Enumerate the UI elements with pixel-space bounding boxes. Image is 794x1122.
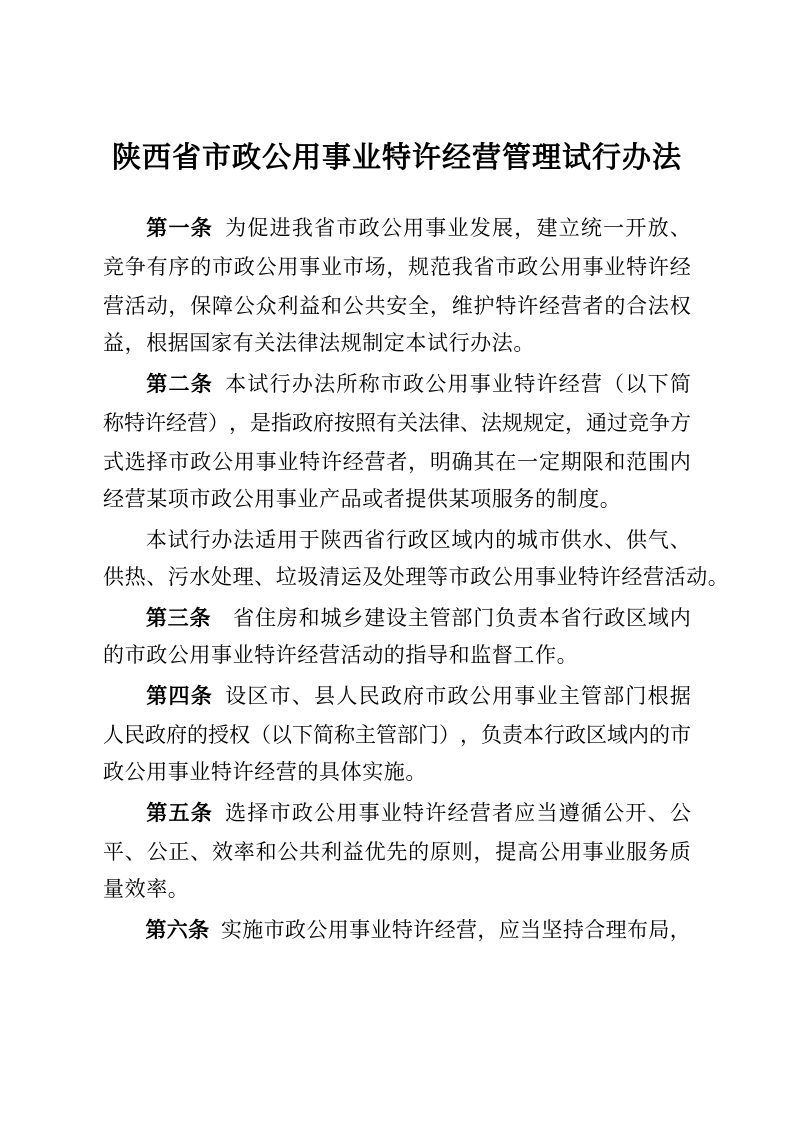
line-text: 经 bbox=[343, 446, 364, 476]
line-text: 循 bbox=[581, 797, 602, 827]
line-text: 者 bbox=[583, 290, 604, 320]
article-number: 五 bbox=[168, 797, 189, 827]
line-text: 内 bbox=[670, 602, 691, 632]
line-text: 管 bbox=[430, 602, 451, 632]
article-number: 条 bbox=[191, 680, 212, 710]
line-text: 的 bbox=[604, 290, 625, 320]
line-text: 规 bbox=[408, 251, 429, 281]
line-text: 公 bbox=[256, 251, 277, 281]
line-text: 序 bbox=[168, 251, 189, 281]
line-text: 率 bbox=[234, 836, 255, 866]
line-text: 一 bbox=[517, 446, 538, 476]
line-text: 者 bbox=[492, 797, 513, 827]
line-text: 利 bbox=[321, 836, 342, 866]
line-text: 政 bbox=[408, 524, 429, 554]
line-text: 许 bbox=[517, 290, 538, 320]
line-text: 市 bbox=[168, 446, 189, 476]
line-text: 营 bbox=[187, 407, 208, 437]
line-text: 量效率。 bbox=[103, 877, 189, 901]
line-text: 水 bbox=[582, 524, 603, 554]
line-text: 门 bbox=[418, 719, 439, 749]
paragraph: 第二条本试行办法所称市政公用事业特许经营（以下简称特许经营），是指政府按照有关法… bbox=[103, 363, 691, 519]
line-text: 公 bbox=[212, 446, 233, 476]
line-text: 特 bbox=[403, 797, 424, 827]
line-text: 经 bbox=[435, 914, 456, 944]
line-text: 乡 bbox=[342, 602, 363, 632]
line-text: 业 bbox=[604, 251, 625, 281]
line-text: 内 bbox=[473, 524, 494, 554]
line-text: ， bbox=[408, 446, 429, 476]
line-text: 用 bbox=[336, 797, 357, 827]
line-text: 和 bbox=[299, 602, 320, 632]
line-text: 理 bbox=[606, 914, 627, 944]
paragraph-line: 量效率。 bbox=[103, 870, 691, 909]
line-text: 开 bbox=[625, 212, 646, 242]
line-text: 房 bbox=[277, 602, 298, 632]
line-text: 合 bbox=[626, 290, 647, 320]
line-text: 为 bbox=[225, 212, 246, 242]
paragraph-line: 第三条省住房和城乡建设主管部门负责本省行政区域内 bbox=[103, 597, 691, 636]
paragraph-line: 第四条设区市、县人民政府市政公用事业主管部门根据 bbox=[103, 675, 691, 714]
line-text: 法 bbox=[481, 407, 502, 437]
line-text: 效 bbox=[212, 836, 233, 866]
line-text: 、 bbox=[670, 524, 691, 554]
line-text: 公 bbox=[147, 836, 168, 866]
line-text: 门 bbox=[625, 680, 646, 710]
line-text: 授 bbox=[208, 719, 229, 749]
article-number: 第 bbox=[145, 914, 166, 944]
line-text: 根 bbox=[648, 680, 669, 710]
line-text: 在 bbox=[495, 446, 516, 476]
paragraph-line: 政公用事业特许经营的具体实施。 bbox=[103, 753, 691, 792]
line-text: 省 bbox=[561, 602, 582, 632]
line-text: 业 bbox=[381, 797, 402, 827]
line-text: 部 bbox=[397, 719, 418, 749]
line-text: 公 bbox=[470, 680, 491, 710]
line-text: 维 bbox=[452, 290, 473, 320]
line-text: 其 bbox=[474, 446, 495, 476]
line-text: 营 bbox=[103, 290, 124, 320]
line-text: 指 bbox=[271, 407, 292, 437]
line-text: 公 bbox=[343, 290, 364, 320]
line-text: 政 bbox=[234, 251, 255, 281]
line-text: 本 bbox=[523, 719, 544, 749]
line-text: 人 bbox=[103, 719, 124, 749]
line-text: 、 bbox=[648, 797, 669, 827]
line-text: 的 bbox=[408, 836, 429, 866]
line-text: 经 bbox=[559, 368, 580, 398]
line-text: 公 bbox=[539, 251, 560, 281]
line-text: 的 bbox=[187, 719, 208, 749]
line-text: 当 bbox=[520, 914, 541, 944]
line-text: 的市政公用事业特许经营活动的指导和监督工作。 bbox=[103, 643, 578, 667]
line-text: 区 bbox=[586, 719, 607, 749]
line-text: 进 bbox=[270, 212, 291, 242]
line-text: 用 bbox=[277, 251, 298, 281]
line-text: 负 bbox=[481, 719, 502, 749]
line-text: 称 bbox=[334, 719, 355, 749]
line-text: 持 bbox=[563, 914, 584, 944]
line-text: 护 bbox=[474, 290, 495, 320]
line-text: 责 bbox=[502, 719, 523, 749]
line-text: 以 bbox=[271, 719, 292, 749]
line-text: 是 bbox=[250, 407, 271, 437]
line-text: 限 bbox=[583, 446, 604, 476]
article-number: 第 bbox=[146, 368, 167, 398]
line-text: 供 bbox=[626, 524, 647, 554]
line-text: 共 bbox=[299, 836, 320, 866]
line-text: 主 bbox=[355, 719, 376, 749]
line-text: 、 bbox=[190, 836, 211, 866]
line-text: 范 bbox=[430, 251, 451, 281]
line-text: 业 bbox=[321, 251, 342, 281]
line-text: 许 bbox=[413, 914, 434, 944]
line-text: 选 bbox=[225, 797, 246, 827]
line-text: 营 bbox=[365, 446, 386, 476]
line-text: 下 bbox=[648, 368, 669, 398]
line-text: 权 bbox=[670, 290, 691, 320]
line-text: 竞 bbox=[628, 407, 649, 437]
line-text: 管 bbox=[581, 680, 602, 710]
line-text: ， bbox=[477, 914, 498, 944]
line-text: 定 bbox=[539, 446, 560, 476]
line-text: 许 bbox=[425, 797, 446, 827]
line-text: 省 bbox=[314, 212, 335, 242]
paragraph-line: 式选择市政公用事业特许经营者，明确其在一定期限和范围内 bbox=[103, 441, 691, 480]
paragraph-line: 的市政公用事业特许经营活动的指导和监督工作。 bbox=[103, 636, 691, 675]
line-text: 区 bbox=[247, 680, 268, 710]
line-text: 公 bbox=[425, 368, 446, 398]
line-text: 用 bbox=[277, 524, 298, 554]
line-text: 用 bbox=[492, 680, 513, 710]
line-text: 业 bbox=[277, 446, 298, 476]
paragraph-line: 第二条本试行办法所称市政公用事业特许经营（以下简 bbox=[103, 363, 691, 402]
line-text: 省 bbox=[364, 524, 385, 554]
line-text: 确 bbox=[452, 446, 473, 476]
paragraph-line: 经营某项市政公用事业产品或者提供某项服务的制度。 bbox=[103, 480, 691, 519]
line-text: 市 bbox=[270, 797, 291, 827]
line-text: 于 bbox=[299, 524, 320, 554]
line-text: ， bbox=[670, 914, 691, 944]
line-text: 有 bbox=[147, 251, 168, 281]
line-text: ， bbox=[565, 407, 586, 437]
line-text: 争 bbox=[649, 407, 670, 437]
line-text: 则 bbox=[452, 836, 473, 866]
paragraph-line: 人民政府的授权（以下简称主管部门），负责本行政区域内的市 bbox=[103, 714, 691, 753]
line-text: 共 bbox=[365, 290, 386, 320]
line-text: （ bbox=[250, 719, 271, 749]
line-text: 业 bbox=[536, 680, 557, 710]
line-text: 本 bbox=[225, 368, 246, 398]
line-text: 市 bbox=[495, 251, 516, 281]
article-number: 六 bbox=[167, 914, 188, 944]
line-text: 立 bbox=[559, 212, 580, 242]
line-text: 城 bbox=[320, 602, 341, 632]
line-text: 益 bbox=[343, 836, 364, 866]
document-title: 陕西省市政公用事业特许经营管理试行办法 bbox=[0, 138, 794, 178]
line-text: 行 bbox=[582, 602, 603, 632]
line-text: 公 bbox=[234, 290, 255, 320]
line-text: 事 bbox=[583, 836, 604, 866]
line-text: 服 bbox=[626, 836, 647, 866]
line-text: 特 bbox=[495, 290, 516, 320]
line-text: 部 bbox=[603, 680, 624, 710]
line-text: 政 bbox=[292, 407, 313, 437]
line-text: 安 bbox=[386, 290, 407, 320]
line-text: 益，根据国家有关法律法规制定本试行办法。 bbox=[103, 331, 535, 355]
line-text: 公 bbox=[539, 836, 560, 866]
line-text: 照 bbox=[355, 407, 376, 437]
line-text: 称 bbox=[103, 407, 124, 437]
paragraph-line: 平、公正、效率和公共利益优先的原则，提高公用事业服务质 bbox=[103, 831, 691, 870]
line-text: 政 bbox=[448, 680, 469, 710]
line-text: 区 bbox=[626, 602, 647, 632]
line-text: 期 bbox=[561, 446, 582, 476]
line-text: 内 bbox=[670, 446, 691, 476]
line-text: 政 bbox=[381, 680, 402, 710]
line-text: 事 bbox=[425, 212, 446, 242]
line-text: ， bbox=[430, 290, 451, 320]
line-text: 当 bbox=[536, 797, 557, 827]
line-text: 统 bbox=[581, 212, 602, 242]
line-text: 市 bbox=[270, 680, 291, 710]
line-text: 内 bbox=[628, 719, 649, 749]
line-text: 、 bbox=[292, 680, 313, 710]
line-text: 政 bbox=[292, 797, 313, 827]
line-text: 建 bbox=[536, 212, 557, 242]
line-text: 坚 bbox=[542, 914, 563, 944]
paragraph: 第六条实施市政公用事业特许经营，应当坚持合理布局， bbox=[103, 909, 691, 948]
line-text: 部 bbox=[451, 602, 472, 632]
line-text: 陕 bbox=[320, 524, 341, 554]
line-text: 用 bbox=[561, 251, 582, 281]
paragraph-line: 竞争有序的市政公用事业市场，规范我省市政公用事业特许经 bbox=[103, 246, 691, 285]
line-text: 气 bbox=[648, 524, 669, 554]
line-text: 许 bbox=[536, 368, 557, 398]
line-text: 建 bbox=[364, 602, 385, 632]
line-text: 法 bbox=[314, 368, 335, 398]
line-text: 市 bbox=[381, 368, 402, 398]
line-text: 按 bbox=[334, 407, 355, 437]
article-number: 三 bbox=[168, 602, 189, 632]
paragraph-line: 第一条为促进我省市政公用事业发展，建立统一开放、 bbox=[103, 207, 691, 246]
line-text: 特 bbox=[626, 251, 647, 281]
line-text: 展 bbox=[492, 212, 513, 242]
line-text: 择 bbox=[147, 446, 168, 476]
line-text: 事 bbox=[514, 680, 535, 710]
line-text: 事 bbox=[470, 368, 491, 398]
line-text: 特 bbox=[514, 368, 535, 398]
line-text: 高 bbox=[517, 836, 538, 866]
line-text: 和 bbox=[256, 836, 277, 866]
line-text: 政 bbox=[604, 602, 625, 632]
line-text: 许 bbox=[321, 446, 342, 476]
line-text: 公 bbox=[277, 836, 298, 866]
line-text: 域 bbox=[648, 602, 669, 632]
line-text: （ bbox=[603, 368, 624, 398]
line-text: 开 bbox=[625, 797, 646, 827]
line-text: 办 bbox=[211, 524, 232, 554]
article-number: 条 bbox=[189, 602, 210, 632]
line-text: 公 bbox=[670, 797, 691, 827]
line-text: 府 bbox=[403, 680, 424, 710]
line-text: 选 bbox=[125, 446, 146, 476]
line-text: 行 bbox=[270, 368, 291, 398]
article-number: 一 bbox=[168, 212, 189, 242]
line-text: 我 bbox=[452, 251, 473, 281]
line-text: 、 bbox=[125, 836, 146, 866]
line-text: 行 bbox=[386, 524, 407, 554]
line-text: 营 bbox=[581, 368, 602, 398]
line-text: 有 bbox=[376, 407, 397, 437]
line-text: 试 bbox=[247, 368, 268, 398]
line-text: 通 bbox=[586, 407, 607, 437]
line-text: 竞 bbox=[103, 251, 124, 281]
line-text: 所 bbox=[336, 368, 357, 398]
line-text: 下 bbox=[292, 719, 313, 749]
line-text: 特 bbox=[124, 407, 145, 437]
line-text: 行 bbox=[544, 719, 565, 749]
line-text: 民 bbox=[359, 680, 380, 710]
line-text: 事 bbox=[299, 251, 320, 281]
line-text: 政 bbox=[565, 719, 586, 749]
line-text: 市 bbox=[343, 251, 364, 281]
line-text: 试 bbox=[168, 524, 189, 554]
line-text: 用 bbox=[448, 368, 469, 398]
line-text: 本 bbox=[539, 602, 560, 632]
line-text: 负 bbox=[495, 602, 516, 632]
line-text: 放 bbox=[648, 212, 669, 242]
line-text: ， bbox=[460, 719, 481, 749]
line-text: 场 bbox=[365, 251, 386, 281]
line-text: 法 bbox=[648, 290, 669, 320]
line-text: 住 bbox=[255, 602, 276, 632]
line-text: 过 bbox=[607, 407, 628, 437]
line-text: 保 bbox=[190, 290, 211, 320]
line-text: 业 bbox=[371, 914, 392, 944]
line-text: 、 bbox=[604, 524, 625, 554]
line-text: 民 bbox=[124, 719, 145, 749]
line-text: 我 bbox=[292, 212, 313, 242]
line-text: 办 bbox=[292, 368, 313, 398]
line-text: 一 bbox=[603, 212, 624, 242]
line-text: 式 bbox=[103, 446, 124, 476]
line-text: 据 bbox=[670, 680, 691, 710]
line-text: 业 bbox=[492, 368, 513, 398]
line-text: 事 bbox=[349, 914, 370, 944]
line-text: 市 bbox=[539, 524, 560, 554]
line-text: 设 bbox=[386, 602, 407, 632]
line-text: 关 bbox=[397, 407, 418, 437]
line-text: 政 bbox=[403, 368, 424, 398]
line-text: 遵 bbox=[559, 797, 580, 827]
line-text: 用 bbox=[561, 836, 582, 866]
line-text: 经 bbox=[670, 251, 691, 281]
line-text: 行 bbox=[189, 524, 210, 554]
article-number: 第 bbox=[146, 602, 167, 632]
line-text: 法 bbox=[233, 524, 254, 554]
line-text: 许 bbox=[145, 407, 166, 437]
line-text: 省 bbox=[474, 251, 495, 281]
line-text: 定 bbox=[544, 407, 565, 437]
line-text: 、 bbox=[460, 407, 481, 437]
line-text: 业 bbox=[604, 836, 625, 866]
line-text: 供热、污水处理、垃圾清运及处理等市政公用事业特许经营活动。 bbox=[103, 565, 729, 589]
line-text: 业 bbox=[448, 212, 469, 242]
line-text: 市 bbox=[336, 212, 357, 242]
line-text: 域 bbox=[451, 524, 472, 554]
line-text: 称 bbox=[359, 368, 380, 398]
line-text: 、 bbox=[670, 212, 691, 242]
paragraph: 第三条省住房和城乡建设主管部门负责本省行政区域内的市政公用事业特许经营活动的指导… bbox=[103, 597, 691, 675]
line-text: 西 bbox=[342, 524, 363, 554]
line-text: 简 bbox=[670, 368, 691, 398]
line-text: ， bbox=[474, 836, 495, 866]
line-text: 先 bbox=[386, 836, 407, 866]
article-number: 四 bbox=[168, 680, 189, 710]
line-text: 市 bbox=[264, 914, 285, 944]
document-body: 第一条为促进我省市政公用事业发展，建立统一开放、竞争有序的市政公用事业市场，规范… bbox=[103, 207, 691, 948]
line-text: 适 bbox=[255, 524, 276, 554]
line-text: 务 bbox=[648, 836, 669, 866]
article-number: 条 bbox=[191, 212, 212, 242]
line-text: 利 bbox=[277, 290, 298, 320]
line-text: 门 bbox=[473, 602, 494, 632]
line-text: 经 bbox=[539, 290, 560, 320]
line-text: 政 bbox=[359, 212, 380, 242]
line-text: 的 bbox=[190, 251, 211, 281]
line-text: 发 bbox=[470, 212, 491, 242]
line-text: 县 bbox=[314, 680, 335, 710]
paragraph-line: 称特许经营），是指政府按照有关法律、法规规定，通过竞争方 bbox=[103, 402, 691, 441]
line-text: 活 bbox=[125, 290, 146, 320]
line-text: 原 bbox=[430, 836, 451, 866]
line-text: 公 bbox=[306, 914, 327, 944]
line-text: 障 bbox=[212, 290, 233, 320]
line-text: 许 bbox=[648, 251, 669, 281]
line-text: 律 bbox=[439, 407, 460, 437]
paragraph-line: 供热、污水处理、垃圾清运及处理等市政公用事业特许经营活动。 bbox=[103, 558, 691, 597]
line-text: 范 bbox=[626, 446, 647, 476]
line-text: 以 bbox=[625, 368, 646, 398]
line-text: 权 bbox=[229, 719, 250, 749]
article-number: 二 bbox=[168, 368, 189, 398]
article-number: 第 bbox=[146, 212, 167, 242]
line-text: 全 bbox=[408, 290, 429, 320]
line-text: 质 bbox=[670, 836, 691, 866]
line-text: 的 bbox=[495, 524, 516, 554]
line-text: 事 bbox=[583, 251, 604, 281]
article-number: 条 bbox=[191, 797, 212, 827]
line-text: 政公用事业特许经营的具体实施。 bbox=[103, 760, 427, 784]
line-text: ， bbox=[168, 290, 189, 320]
line-text: 市 bbox=[212, 251, 233, 281]
line-text: 营 bbox=[561, 290, 582, 320]
line-text: 主 bbox=[559, 680, 580, 710]
line-text: 的 bbox=[649, 719, 670, 749]
line-text: 经 bbox=[448, 797, 469, 827]
line-text: 政 bbox=[517, 251, 538, 281]
line-text: 应 bbox=[499, 914, 520, 944]
paragraph-line: 第五条选择市政公用事业特许经营者应当遵循公开、公 bbox=[103, 792, 691, 831]
line-text: 和 bbox=[604, 446, 625, 476]
paragraph: 第四条设区市、县人民政府市政公用事业主管部门根据人民政府的授权（以下简称主管部门… bbox=[103, 675, 691, 792]
line-text: 合 bbox=[584, 914, 605, 944]
line-text: 营 bbox=[470, 797, 491, 827]
line-text: 应 bbox=[514, 797, 535, 827]
line-text: 争 bbox=[125, 251, 146, 281]
line-text: 益 bbox=[299, 290, 320, 320]
